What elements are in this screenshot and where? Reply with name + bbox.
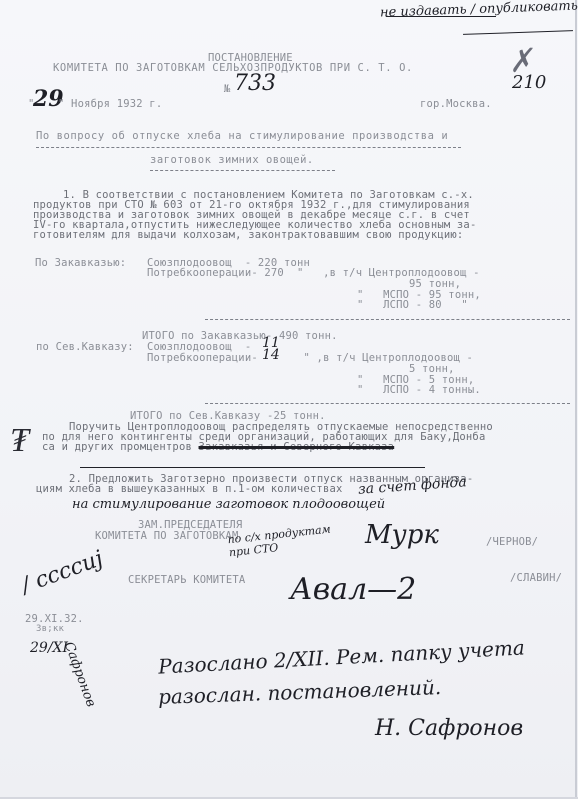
underline-stroke bbox=[80, 467, 425, 468]
date-rest: " Ноября 1932 г. bbox=[58, 99, 162, 110]
header-underline bbox=[386, 16, 496, 17]
subject-underline-1 bbox=[36, 147, 461, 148]
distribution-signature: Н. Сафронов bbox=[375, 716, 523, 741]
subject-line-2: заготовок зимних овощей. bbox=[150, 155, 314, 166]
page-edge bbox=[575, 0, 577, 799]
place: гор.Москва. bbox=[420, 99, 492, 110]
signature-slavin: Авал—2 bbox=[290, 572, 416, 607]
document-subtitle: КОМИТЕТА ПО ЗАГОТОВКАМ СЕЛЬХОЗПРОДУКТОВ … bbox=[53, 63, 413, 74]
date-month-year: Ноября 1932 г. bbox=[71, 98, 162, 110]
transcaucasus-subrow: " ЛСПО - 80 " bbox=[357, 300, 468, 311]
number-prefix: № bbox=[224, 84, 231, 95]
signatory-name-2: /СЛАВИН/ bbox=[510, 573, 562, 584]
para2-handwritten-line2: на стимулирование заготовок плодоовощей bbox=[72, 497, 385, 512]
margin-mark: ₮ bbox=[10, 420, 29, 460]
document-number: 733 bbox=[234, 71, 276, 96]
instruction-line-text: са и других промцентров bbox=[42, 441, 199, 453]
signatory-name-1: /ЧЕРНОВ/ bbox=[486, 537, 538, 548]
transcaucasus-label: По Закавказью: bbox=[35, 258, 126, 269]
subject-underline-2 bbox=[150, 170, 335, 171]
north-caucasus-divider bbox=[205, 403, 570, 404]
signature-chernov: Мурк bbox=[365, 520, 439, 550]
stamp-initials: Зв;кк bbox=[36, 624, 64, 635]
north-caucasus-subrow: " ЛСПО - 4 тонны. bbox=[357, 385, 481, 396]
subject-line-1: По вопросу об отпуске хлеба на стимулиро… bbox=[36, 131, 448, 142]
instruction-line: са и других промцентров Закавказья и Сев… bbox=[42, 442, 394, 453]
north-caucasus-value-handwritten: 14 bbox=[262, 347, 280, 363]
signatory-title-2: СЕКРЕТАРЬ КОМИТЕТА bbox=[128, 575, 245, 586]
archive-number: 210 bbox=[512, 72, 546, 93]
struck-text: Закавказья и Северного Кавказа bbox=[199, 441, 395, 453]
signatory-title-1b: КОМИТЕТА ПО ЗАГОТОВКАМ bbox=[95, 531, 238, 542]
transcaucasus-divider bbox=[205, 319, 570, 320]
para2-line: циям хлеба в вышеуказанных в п.1-ом коли… bbox=[36, 484, 343, 495]
para1-line: готовителям для выдачи колхозам, законтр… bbox=[33, 230, 463, 241]
north-caucasus-label: по Сев.Кавказу: bbox=[36, 342, 134, 353]
